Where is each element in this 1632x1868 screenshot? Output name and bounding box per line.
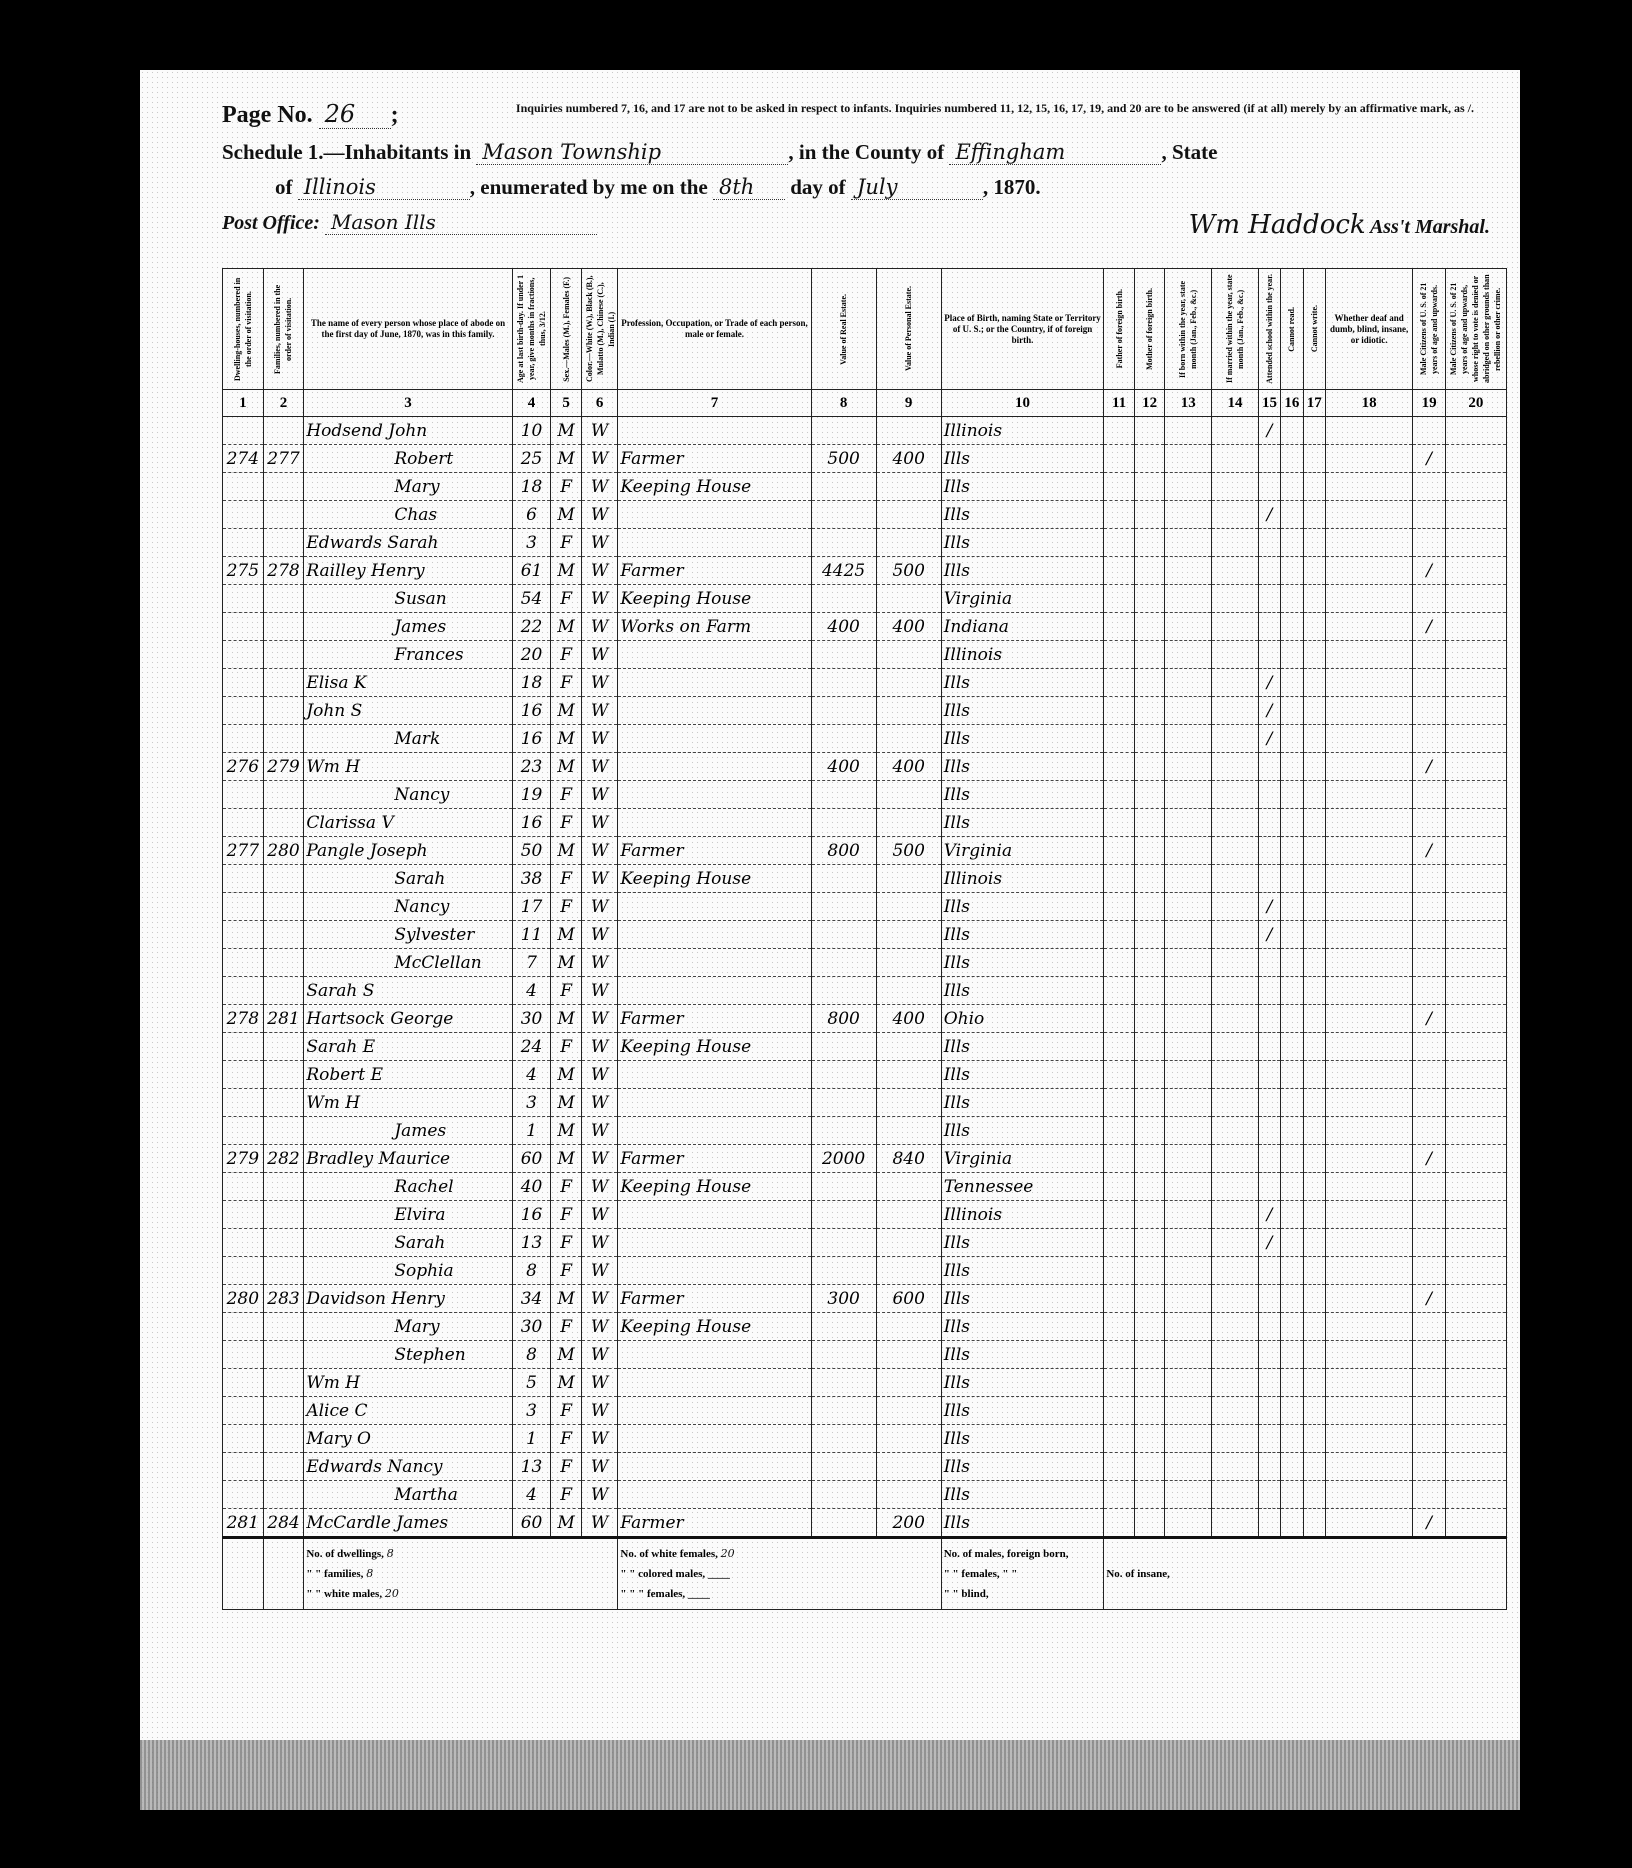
color-cell: W — [581, 1229, 618, 1257]
birthplace-cell: Ills — [941, 1313, 1104, 1341]
color-cell: W — [581, 725, 618, 753]
age-cell: 8 — [512, 1257, 551, 1285]
school-cell — [1258, 1061, 1280, 1089]
personal-cell — [876, 697, 941, 725]
inquiry-note: Inquiries numbered 7, 16, and 17 are not… — [470, 102, 1520, 115]
empty-cell — [1212, 613, 1259, 641]
name-cell: Wm H — [304, 753, 512, 781]
table-row: 27279282Bradley Maurice60MWFarmer2000840… — [223, 1145, 1507, 1173]
empty-cell — [1281, 1061, 1303, 1089]
table-row: 15Clarissa V16FWIlls — [223, 809, 1507, 837]
empty-cell — [1104, 557, 1134, 585]
sex-cell: F — [551, 893, 581, 921]
empty-cell — [1134, 1117, 1164, 1145]
name-cell: Edwards Nancy — [304, 1453, 512, 1481]
real-cell — [811, 1117, 876, 1145]
personal-cell — [876, 949, 941, 977]
age-cell: 16 — [512, 697, 551, 725]
empty-cell — [1134, 473, 1164, 501]
personal-cell — [876, 1117, 941, 1145]
birthplace-cell: Ills — [941, 1453, 1104, 1481]
empty-cell — [1212, 1341, 1259, 1369]
citizen-cell: / — [1413, 1285, 1446, 1313]
family-cell — [263, 1425, 304, 1453]
dwelling-number: 281 — [227, 1513, 259, 1533]
personal-cell — [876, 1173, 941, 1201]
color-cell: W — [581, 585, 618, 613]
birthplace-cell: Ills — [941, 1425, 1104, 1453]
family-cell — [263, 865, 304, 893]
birthplace-cell: Ills — [941, 949, 1104, 977]
empty-cell — [1303, 1005, 1325, 1033]
personal-cell — [876, 1341, 941, 1369]
empty-cell — [1303, 669, 1325, 697]
empty-cell — [1303, 893, 1325, 921]
sex-cell: F — [551, 1313, 581, 1341]
family-cell: 277 — [263, 445, 304, 473]
color-cell: W — [581, 1341, 618, 1369]
table-row: 8James22MWWorks on Farm400400Indiana/ — [223, 613, 1507, 641]
empty-cell — [1134, 1061, 1164, 1089]
empty-cell — [1134, 893, 1164, 921]
personal-cell — [876, 781, 941, 809]
col-header-17: Cannot write. — [1303, 269, 1325, 390]
birthplace-cell: Ills — [941, 501, 1104, 529]
empty-cell — [1134, 865, 1164, 893]
family-cell — [263, 893, 304, 921]
empty-cell — [1325, 1285, 1412, 1313]
age-cell: 1 — [512, 1117, 551, 1145]
citizen-cell — [1413, 529, 1446, 557]
real-cell — [811, 1453, 876, 1481]
empty-cell — [1325, 529, 1412, 557]
table-row: 39Martha4FWIlls — [223, 1481, 1507, 1509]
column-number: 1 — [223, 390, 264, 417]
table-row: 1Hodsend John10MWIllinois/ — [223, 417, 1507, 445]
table-row: 7Susan54FWKeeping HouseVirginia — [223, 585, 1507, 613]
school-cell — [1258, 445, 1280, 473]
empty-cell — [1325, 1257, 1412, 1285]
family-cell — [263, 1201, 304, 1229]
empty-cell — [1212, 725, 1259, 753]
empty-cell — [1281, 837, 1303, 865]
empty-cell — [1445, 1453, 1506, 1481]
personal-cell — [876, 1033, 941, 1061]
color-cell: W — [581, 1397, 618, 1425]
age-cell: 7 — [512, 949, 551, 977]
empty-cell — [1134, 1089, 1164, 1117]
empty-cell — [1212, 1425, 1259, 1453]
real-cell: 400 — [811, 753, 876, 781]
col-header-9: Value of Personal Estate. — [876, 269, 941, 390]
school-cell — [1258, 529, 1280, 557]
school-cell — [1258, 837, 1280, 865]
real-cell — [811, 529, 876, 557]
empty-cell — [1325, 725, 1412, 753]
sex-cell: F — [551, 1173, 581, 1201]
citizen-cell: / — [1413, 557, 1446, 585]
real-cell — [811, 641, 876, 669]
family-cell — [263, 725, 304, 753]
empty-cell — [1325, 1089, 1412, 1117]
empty-cell — [1134, 1005, 1164, 1033]
age-cell: 30 — [512, 1005, 551, 1033]
empty-cell — [1445, 1341, 1506, 1369]
schedule-line: Schedule 1.—Inhabitants in Mason Townshi… — [222, 140, 1217, 165]
citizen-cell — [1413, 949, 1446, 977]
name-cell: John S — [304, 697, 512, 725]
empty-cell — [1445, 1397, 1506, 1425]
personal-cell: 600 — [876, 1285, 941, 1313]
name-cell: Sylvester — [304, 921, 512, 949]
empty-cell — [1445, 473, 1506, 501]
empty-cell — [1303, 1145, 1325, 1173]
birthplace-cell: Ills — [941, 697, 1104, 725]
table-row: 13276279Wm H23MW400400Ills/ — [223, 753, 1507, 781]
empty-cell — [1104, 837, 1134, 865]
empty-cell — [1281, 725, 1303, 753]
occupation-cell — [618, 809, 811, 837]
birthplace-cell: Illinois — [941, 417, 1104, 445]
dwelling-number: 277 — [227, 841, 259, 861]
school-cell — [1258, 1005, 1280, 1033]
year-label: , 1870. — [983, 175, 1041, 199]
empty-cell — [1325, 977, 1412, 1005]
family-cell — [263, 1033, 304, 1061]
color-cell: W — [581, 837, 618, 865]
empty-cell — [1104, 641, 1134, 669]
empty-cell — [1303, 725, 1325, 753]
township-field: Mason Township — [476, 140, 788, 165]
column-number: 11 — [1104, 390, 1134, 417]
occupation-cell: Farmer — [618, 1145, 811, 1173]
name-cell: Elvira — [304, 1201, 512, 1229]
empty-cell — [1134, 921, 1164, 949]
empty-cell — [1165, 1341, 1212, 1369]
sex-cell: M — [551, 613, 581, 641]
empty-cell — [1165, 1285, 1212, 1313]
empty-cell — [1134, 1425, 1164, 1453]
age-cell: 19 — [512, 781, 551, 809]
occupation-cell — [618, 529, 811, 557]
personal-cell — [876, 1229, 941, 1257]
real-cell — [811, 781, 876, 809]
table-row: 33Mary30FWKeeping HouseIlls — [223, 1313, 1507, 1341]
school-cell — [1258, 1257, 1280, 1285]
table-row: 19Sylvester11MWIlls/ — [223, 921, 1507, 949]
empty-cell — [1104, 1089, 1134, 1117]
citizen-cell — [1413, 697, 1446, 725]
color-cell: W — [581, 1369, 618, 1397]
table-row: 36Alice C3FWIlls — [223, 1397, 1507, 1425]
empty-cell — [1212, 753, 1259, 781]
occupation-cell — [618, 1117, 811, 1145]
empty-cell — [1281, 1145, 1303, 1173]
dwelling-number: 278 — [227, 1009, 259, 1029]
empty-cell — [1303, 529, 1325, 557]
empty-cell — [1165, 1313, 1212, 1341]
personal-cell — [876, 1313, 941, 1341]
empty-cell — [1212, 893, 1259, 921]
empty-cell — [1104, 1061, 1134, 1089]
table-row: 40281284McCardle James60MWFarmer200Ills/ — [223, 1509, 1507, 1538]
col-header-7: Profession, Occupation, or Trade of each… — [618, 269, 811, 390]
age-cell: 1 — [512, 1425, 551, 1453]
personal-cell: 500 — [876, 557, 941, 585]
age-cell: 54 — [512, 585, 551, 613]
empty-cell — [1104, 1313, 1134, 1341]
marshal-name: Wm Haddock — [1189, 210, 1366, 240]
empty-cell — [1134, 781, 1164, 809]
empty-cell — [1134, 529, 1164, 557]
birthplace-cell: Ohio — [941, 1005, 1104, 1033]
column-number: 2 — [263, 390, 304, 417]
empty-cell — [1445, 697, 1506, 725]
empty-cell — [1445, 1313, 1506, 1341]
personal-cell — [876, 1397, 941, 1425]
school-cell — [1258, 1033, 1280, 1061]
personal-cell — [876, 921, 941, 949]
empty-cell — [1281, 893, 1303, 921]
empty-cell — [1134, 1341, 1164, 1369]
family-cell — [263, 585, 304, 613]
personal-cell — [876, 529, 941, 557]
empty-cell — [1104, 949, 1134, 977]
occupation-cell — [618, 725, 811, 753]
occupation-cell — [618, 1229, 811, 1257]
col-header-10: Place of Birth, naming State or Territor… — [941, 269, 1104, 390]
citizen-cell — [1413, 865, 1446, 893]
empty-cell — [1281, 557, 1303, 585]
empty-cell — [1165, 641, 1212, 669]
empty-cell — [1325, 557, 1412, 585]
table-row: 30Sarah13FWIlls/ — [223, 1229, 1507, 1257]
school-cell — [1258, 613, 1280, 641]
school-cell: / — [1258, 697, 1280, 725]
column-number: 4 — [512, 390, 551, 417]
real-cell — [811, 1173, 876, 1201]
school-cell — [1258, 1285, 1280, 1313]
schedule-label: Schedule 1.—Inhabitants in — [222, 140, 471, 164]
personal-cell — [876, 641, 941, 669]
birthplace-cell: Ills — [941, 1285, 1104, 1313]
empty-cell — [1165, 445, 1212, 473]
col-header-1: Dwelling-houses, numbered in the order o… — [223, 269, 264, 390]
family-cell — [263, 781, 304, 809]
empty-cell — [1325, 1425, 1412, 1453]
color-cell: W — [581, 1089, 618, 1117]
family-cell: 284 — [263, 1509, 304, 1538]
school-cell — [1258, 557, 1280, 585]
census-table: Dwelling-houses, numbered in the order o… — [222, 268, 1507, 1610]
occupation-cell: Keeping House — [618, 585, 811, 613]
empty-cell — [1212, 1061, 1259, 1089]
empty-cell — [1104, 893, 1134, 921]
column-number: 9 — [876, 390, 941, 417]
family-cell — [263, 501, 304, 529]
family-cell — [263, 1173, 304, 1201]
empty-cell — [1445, 1061, 1506, 1089]
age-cell: 4 — [512, 1061, 551, 1089]
empty-cell — [1134, 1369, 1164, 1397]
empty-cell — [1445, 893, 1506, 921]
empty-cell — [1104, 1285, 1134, 1313]
occupation-cell — [618, 641, 811, 669]
empty-cell — [1325, 585, 1412, 613]
birthplace-cell: Ills — [941, 1229, 1104, 1257]
sex-cell: F — [551, 1425, 581, 1453]
birthplace-cell: Ills — [941, 445, 1104, 473]
summary-row: No. of dwellings, 8 " " families, 8 " " … — [223, 1538, 1507, 1610]
occupation-cell: Keeping House — [618, 1033, 811, 1061]
birthplace-cell: Ills — [941, 809, 1104, 837]
occupation-cell: Works on Farm — [618, 613, 811, 641]
real-cell — [811, 1425, 876, 1453]
color-cell: W — [581, 529, 618, 557]
empty-cell — [1165, 865, 1212, 893]
school-cell — [1258, 1313, 1280, 1341]
empty-cell — [1212, 865, 1259, 893]
school-cell: / — [1258, 1201, 1280, 1229]
empty-cell — [1165, 837, 1212, 865]
empty-cell — [1303, 1173, 1325, 1201]
sex-cell: F — [551, 1481, 581, 1509]
age-cell: 3 — [512, 1089, 551, 1117]
column-number: 18 — [1325, 390, 1412, 417]
empty-cell — [1104, 1369, 1134, 1397]
empty-cell — [1165, 501, 1212, 529]
real-cell — [811, 1201, 876, 1229]
sex-cell: M — [551, 921, 581, 949]
name-cell: Stephen — [304, 1341, 512, 1369]
empty-cell — [1325, 1453, 1412, 1481]
sex-cell: F — [551, 641, 581, 669]
empty-cell — [1281, 1033, 1303, 1061]
citizen-cell: / — [1413, 753, 1446, 781]
empty-cell — [1325, 781, 1412, 809]
empty-cell — [1325, 893, 1412, 921]
empty-cell — [1165, 977, 1212, 1005]
empty-cell — [1104, 669, 1134, 697]
empty-cell — [1325, 1061, 1412, 1089]
empty-cell — [1325, 1369, 1412, 1397]
empty-cell — [1134, 1481, 1164, 1509]
empty-cell — [1212, 1509, 1259, 1538]
empty-cell — [1281, 753, 1303, 781]
sex-cell: M — [551, 1341, 581, 1369]
color-cell: W — [581, 1257, 618, 1285]
birthplace-cell: Ills — [941, 1033, 1104, 1061]
table-row: 26James1MWIlls — [223, 1117, 1507, 1145]
birthplace-cell: Ills — [941, 781, 1104, 809]
real-cell: 2000 — [811, 1145, 876, 1173]
empty-cell — [1212, 1369, 1259, 1397]
citizen-cell — [1413, 1425, 1446, 1453]
dwelling-number: 274 — [227, 449, 259, 469]
table-row: 3Mary18FWKeeping HouseIlls — [223, 473, 1507, 501]
empty-cell — [1445, 641, 1506, 669]
sex-cell: M — [551, 949, 581, 977]
school-cell: / — [1258, 669, 1280, 697]
table-row: 31Sophia8FWIlls — [223, 1257, 1507, 1285]
family-cell — [263, 977, 304, 1005]
name-cell: Edwards Sarah — [304, 529, 512, 557]
table-row: 14Nancy19FWIlls — [223, 781, 1507, 809]
empty-cell — [1281, 809, 1303, 837]
name-cell: Hartsock George — [304, 1005, 512, 1033]
school-cell — [1258, 585, 1280, 613]
empty-cell — [1445, 1145, 1506, 1173]
empty-cell — [1303, 1313, 1325, 1341]
empty-cell — [1212, 1229, 1259, 1257]
sex-cell: M — [551, 725, 581, 753]
table-row: 17Sarah38FWKeeping HouseIllinois — [223, 865, 1507, 893]
name-cell: Wm H — [304, 1089, 512, 1117]
color-cell: W — [581, 1033, 618, 1061]
school-cell — [1258, 753, 1280, 781]
real-cell — [811, 1481, 876, 1509]
age-cell: 4 — [512, 1481, 551, 1509]
column-number: 7 — [618, 390, 811, 417]
empty-cell — [1134, 501, 1164, 529]
empty-cell — [1303, 1453, 1325, 1481]
column-number: 17 — [1303, 390, 1325, 417]
occupation-cell — [618, 1453, 811, 1481]
sex-cell: M — [551, 445, 581, 473]
column-number: 3 — [304, 390, 512, 417]
sex-cell: M — [551, 1285, 581, 1313]
citizen-cell — [1413, 1313, 1446, 1341]
empty-cell — [1212, 473, 1259, 501]
col-header-13: If born within the year, state month (Ja… — [1165, 269, 1212, 390]
empty-cell — [1325, 1005, 1412, 1033]
occupation-cell: Keeping House — [618, 865, 811, 893]
color-cell: W — [581, 557, 618, 585]
empty-cell — [1445, 557, 1506, 585]
color-cell: W — [581, 417, 618, 445]
real-cell — [811, 473, 876, 501]
empty-cell — [1104, 501, 1134, 529]
empty-cell — [1281, 1369, 1303, 1397]
page-number-line: Page No. 26; — [222, 100, 399, 129]
empty-cell — [1303, 1481, 1325, 1509]
white-males-count: 20 — [385, 1587, 399, 1600]
citizen-cell: / — [1413, 1145, 1446, 1173]
summary-col-c: No. of males, foreign born, " " females,… — [941, 1538, 1104, 1610]
color-cell: W — [581, 1117, 618, 1145]
color-cell: W — [581, 669, 618, 697]
empty-cell — [1303, 1257, 1325, 1285]
empty-cell — [1134, 1229, 1164, 1257]
table-row: 20McClellan7MWIlls — [223, 949, 1507, 977]
name-cell: Alice C — [304, 1397, 512, 1425]
empty-cell — [1303, 1089, 1325, 1117]
empty-cell — [1165, 1173, 1212, 1201]
school-cell — [1258, 977, 1280, 1005]
empty-cell — [1281, 669, 1303, 697]
empty-cell — [1165, 1509, 1212, 1538]
column-number: 6 — [581, 390, 618, 417]
empty-cell — [1281, 949, 1303, 977]
family-cell — [263, 949, 304, 977]
day-of-label: day of — [790, 175, 845, 199]
citizen-cell: / — [1413, 613, 1446, 641]
real-cell — [811, 697, 876, 725]
empty-cell — [1165, 1369, 1212, 1397]
color-cell: W — [581, 893, 618, 921]
empty-cell — [1104, 417, 1134, 445]
empty-cell — [1325, 865, 1412, 893]
